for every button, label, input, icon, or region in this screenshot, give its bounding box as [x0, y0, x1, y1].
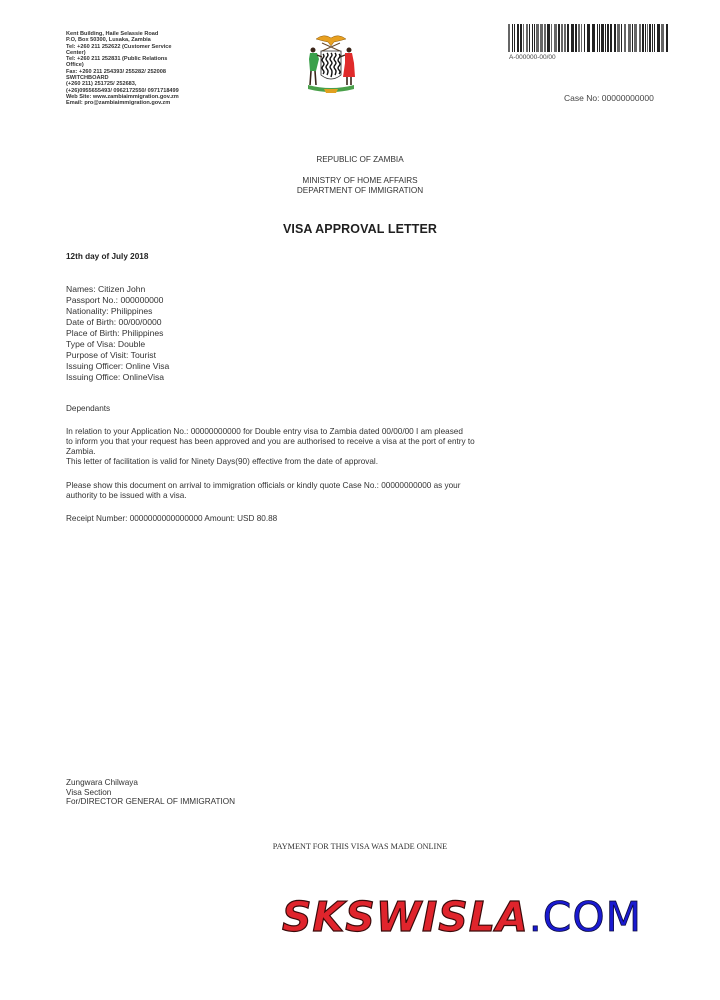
payment-note: PAYMENT FOR THIS VISA WAS MADE ONLINE: [0, 842, 720, 851]
detail-dob: Date of Birth: 00/00/0000: [66, 317, 169, 328]
zambia-coat-of-arms-icon: [304, 29, 358, 99]
detail-names: Names: Citizen John: [66, 284, 169, 295]
case-number: Case No: 00000000000: [564, 93, 654, 103]
detail-nationality: Nationality: Philippines: [66, 306, 169, 317]
detail-place-of-birth: Place of Birth: Philippines: [66, 328, 169, 339]
applicant-details: Names: Citizen John Passport No.: 000000…: [66, 284, 169, 383]
detail-issuing-officer: Issuing Officer: Online Visa: [66, 361, 169, 372]
barcode: [508, 24, 670, 52]
ministry-heading: MINISTRY OF HOME AFFAIRS DEPARTMENT OF I…: [0, 176, 720, 195]
paragraph-line: This letter of facilitation is valid for…: [66, 457, 566, 467]
detail-purpose: Purpose of Visit: Tourist: [66, 350, 169, 361]
paragraph-line: Zambia.: [66, 447, 566, 457]
letter-date: 12th day of July 2018: [66, 252, 148, 261]
republic-heading: REPUBLIC OF ZAMBIA: [0, 155, 720, 164]
ministry-name: MINISTRY OF HOME AFFAIRS: [0, 176, 720, 186]
letter-title: VISA APPROVAL LETTER: [0, 222, 720, 236]
receipt-info: Receipt Number: 0000000000000000 Amount:…: [66, 514, 566, 524]
detail-issuing-office: Issuing Office: OnlineVisa: [66, 372, 169, 383]
paragraph-line: Please show this document on arrival to …: [66, 481, 566, 491]
detail-passport: Passport No.: 000000000: [66, 295, 169, 306]
paragraph-line: In relation to your Application No.: 000…: [66, 427, 566, 437]
paragraph-line: to inform you that your request has been…: [66, 437, 566, 447]
signatory-section: Visa Section: [66, 788, 235, 798]
detail-visa-type: Type of Visa: Double: [66, 339, 169, 350]
signature-block: Zungwara Chilwaya Visa Section For/DIREC…: [66, 778, 235, 807]
contact-line: Email: pro@zambiaimmigration.gov.zm: [66, 100, 226, 106]
watermark-logo: SKSWISLA.COM: [282, 893, 642, 941]
watermark-text-blue: .COM: [529, 893, 642, 941]
paragraph-line: authority to be issued with a visa.: [66, 491, 566, 501]
watermark-text-red: SKSWISLA: [282, 893, 529, 941]
dependants-label: Dependants: [66, 404, 566, 414]
department-name: DEPARTMENT OF IMMIGRATION: [0, 186, 720, 196]
instructions-paragraph: Please show this document on arrival to …: [66, 481, 566, 501]
barcode-number: A-000000-00/00: [509, 54, 556, 61]
approval-paragraph: In relation to your Application No.: 000…: [66, 427, 566, 467]
signatory-name: Zungwara Chilwaya: [66, 778, 235, 788]
signatory-title: For/DIRECTOR GENERAL OF IMMIGRATION: [66, 797, 235, 807]
contact-info-block: Kent Building, Haile Selassie Road P.O, …: [66, 31, 226, 107]
